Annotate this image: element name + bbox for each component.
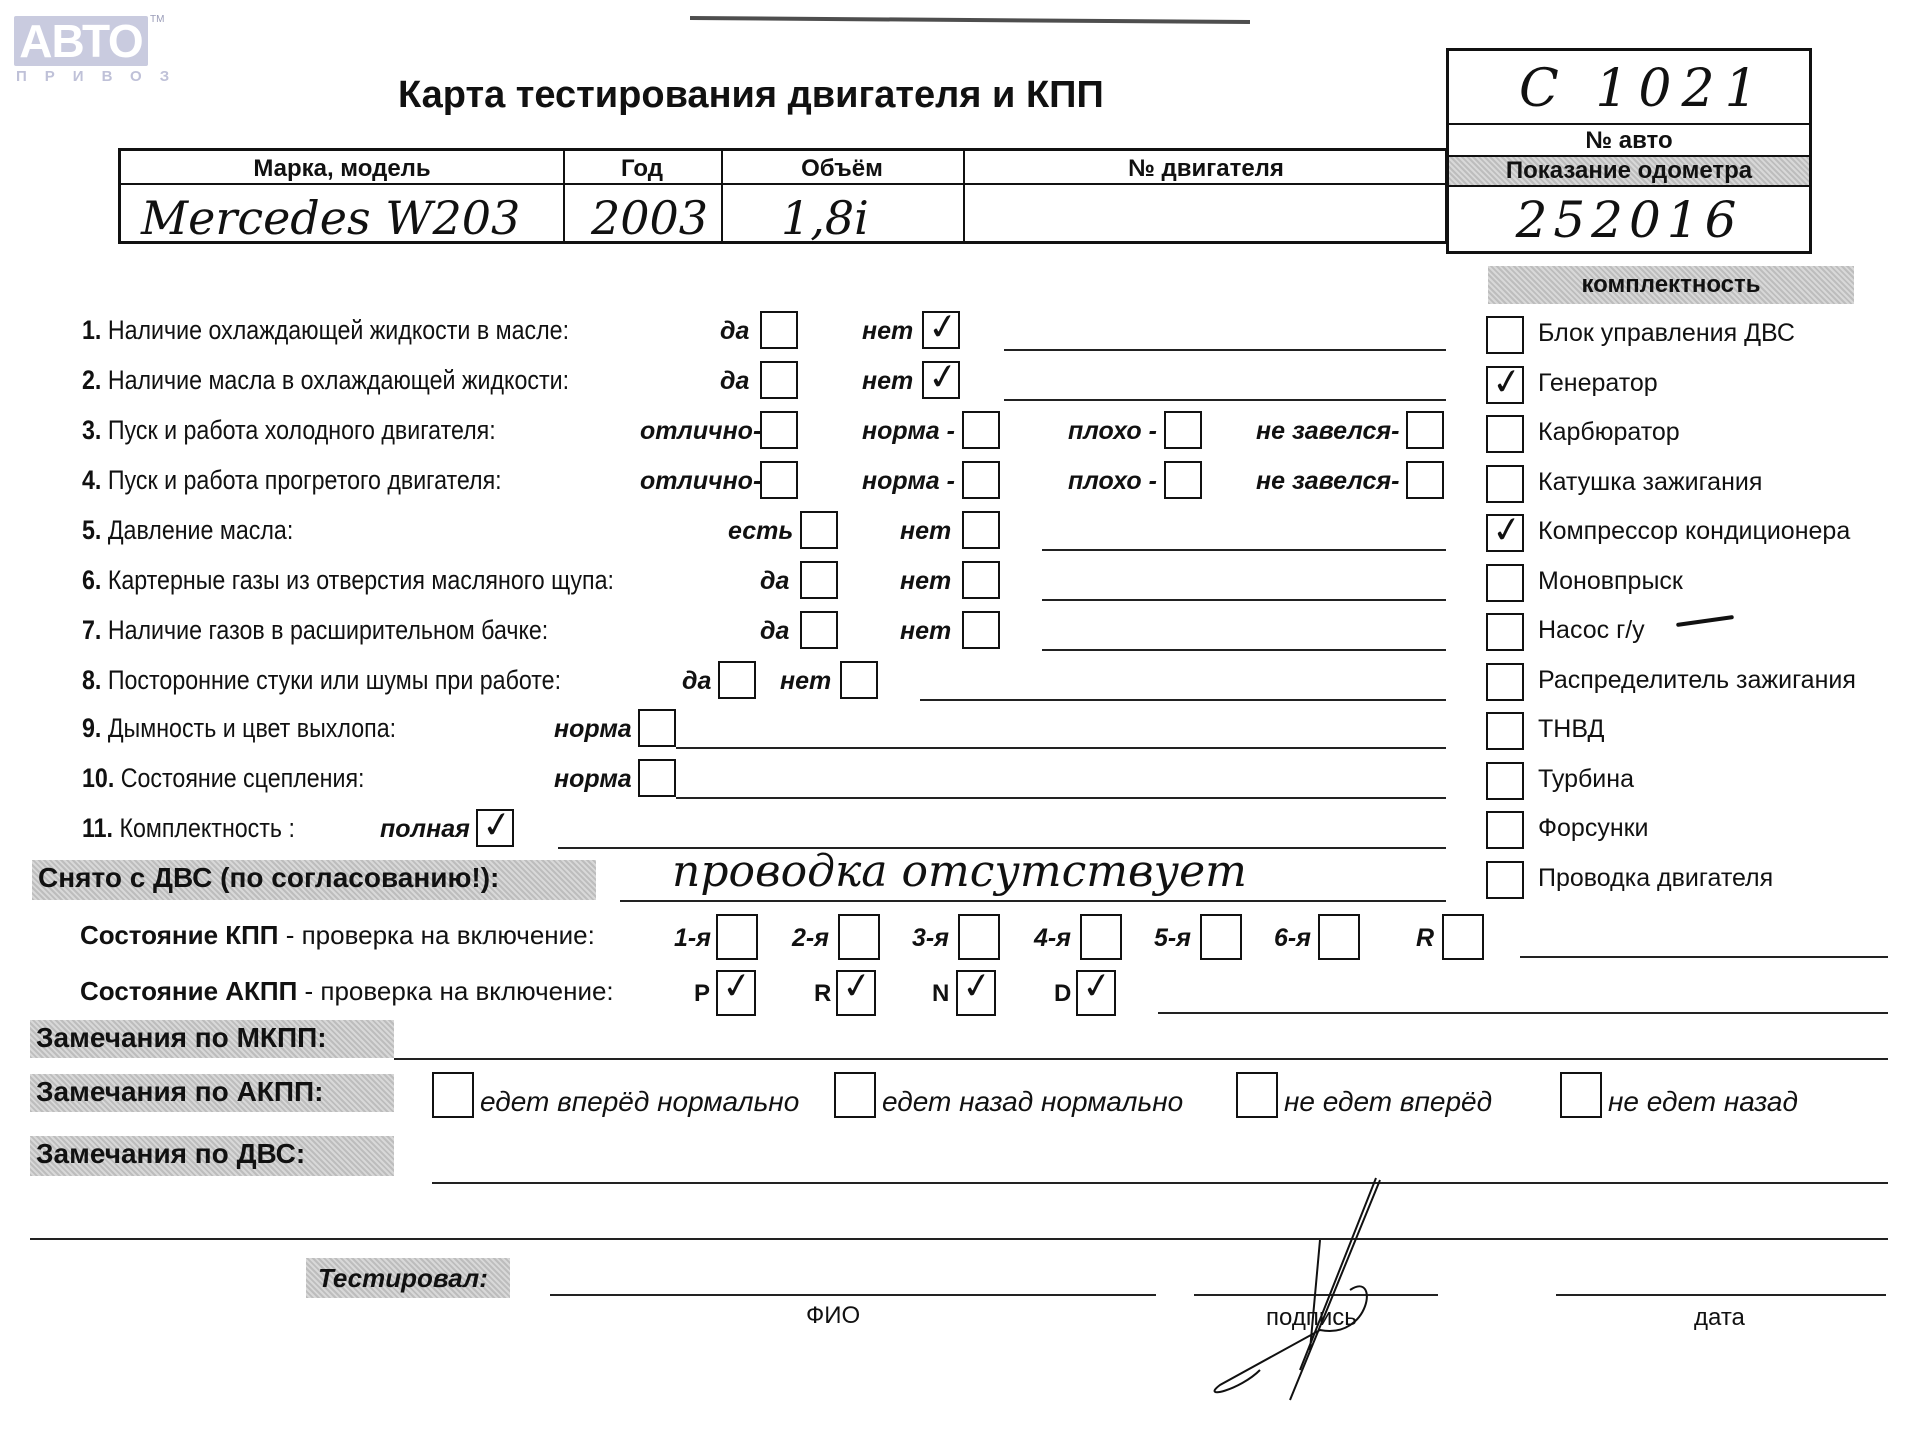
question-number: 6. [82,565,108,595]
akpp-underline [1158,1012,1888,1014]
option-checkbox[interactable] [1406,411,1444,449]
question-number: 10. [82,763,121,793]
col-header-engine-number: № двигателя [963,155,1449,183]
remarks-mkpp-line[interactable] [394,1058,1888,1060]
logo-trademark: TM [150,14,164,25]
kpp-label: Состояние КПП - проверка на включение: [80,920,595,951]
akpp-remark-label: едет назад нормально [882,1086,1183,1118]
completeness-checkbox[interactable] [1486,811,1524,849]
option-label: нет [862,367,913,396]
akpp-gear-label: R [814,980,831,1008]
question-label: Наличие охлаждающей жидкости в масле: [108,315,569,345]
date-caption: дата [1694,1304,1745,1332]
akpp-gear-checkbox[interactable] [1076,970,1116,1016]
kpp-gear-checkbox[interactable] [716,914,758,960]
question-label: Картерные газы из отверстия масляного щу… [108,565,614,595]
completeness-item-label: Компрессор кондиционера [1538,517,1850,546]
removed-underline [620,900,1446,902]
kpp-gear-label: 5-я [1154,924,1191,953]
page-title: Карта тестирования двигателя и КПП [398,74,1104,117]
option-checkbox[interactable] [962,561,1000,599]
option-label: нет [900,567,951,596]
completeness-checkbox[interactable] [1486,415,1524,453]
option-label: нет [900,617,951,646]
odometer-label: Показание одометра [1449,157,1809,185]
option-checkbox[interactable] [962,611,1000,649]
completeness-item-label: Насос г/у [1538,616,1645,645]
kpp-gear-label: 4-я [1034,924,1071,953]
option-label: нет [780,667,831,696]
completeness-checkbox[interactable] [1486,613,1524,651]
car-number-box: C 1021 № авто Показание одометра 252016 [1446,48,1812,254]
question-text: 4. Пуск и работа прогретого двигателя: [82,465,502,496]
option-label: отлично- [640,417,761,446]
kpp-gear-label: 3-я [912,924,949,953]
option-checkbox[interactable] [922,361,960,399]
kpp-gear-checkbox[interactable] [1080,914,1122,960]
akpp-remark-checkbox[interactable] [432,1072,474,1118]
question-number: 3. [82,415,108,445]
scan-artifact-line [690,16,1250,24]
option-label: да [720,317,749,346]
remarks-dvs-line-1[interactable] [432,1182,1888,1184]
option-checkbox[interactable] [760,311,798,349]
question-text: 10. Состояние сцепления: [82,763,364,794]
completeness-item-label: Катушка зажигания [1538,468,1762,497]
completeness-item-label: Распределитель зажигания [1538,666,1856,695]
removed-label: Снято с ДВС (по согласованию!): [32,860,596,900]
option-checkbox[interactable] [1164,461,1202,499]
pen-dash-mark [1676,615,1734,627]
question-text: 6. Картерные газы из отверстия масляного… [82,565,614,596]
answer-line[interactable] [920,699,1446,701]
fio-caption: ФИО [806,1302,860,1330]
question-number: 5. [82,515,108,545]
option-label: да [720,367,749,396]
option-checkbox[interactable] [718,661,756,699]
akpp-remark-checkbox[interactable] [1236,1072,1278,1118]
question-number: 11. [82,813,119,843]
akpp-label: Состояние АКПП - проверка на включение: [80,976,614,1007]
option-label: норма - [862,467,955,496]
question-label: Комплектность : [119,813,294,843]
question-text: 3. Пуск и работа холодного двигателя: [82,415,496,446]
option-label: плохо - [1068,417,1157,446]
option-label: норма - [862,417,955,446]
completeness-item-label: Карбюратор [1538,418,1680,447]
logo-subtitle: ПРИВОЗ [16,68,187,85]
kpp-label-bold: Состояние КПП [80,920,279,950]
question-label: Дымность и цвет выхлопа: [108,713,396,743]
akpp-gear-checkbox[interactable] [716,970,756,1016]
date-line[interactable] [1556,1294,1886,1296]
answer-line[interactable] [1042,549,1446,551]
removed-value[interactable]: проводка отсутствует [672,846,1247,897]
question-text: 2. Наличие масла в охлаждающей жидкости: [82,365,569,396]
completeness-item-label: Моновпрыск [1538,567,1683,596]
option-label: да [760,567,789,596]
question-text: 5. Давление масла: [82,515,293,546]
option-checkbox[interactable] [1406,461,1444,499]
question-text: 1. Наличие охлаждающей жидкости в масле: [82,315,569,346]
option-label: не завелся- [1256,467,1399,496]
kpp-gear-checkbox[interactable] [1318,914,1360,960]
option-label: нет [900,517,951,546]
completeness-checkbox[interactable] [1486,366,1524,404]
akpp-remark-checkbox[interactable] [834,1072,876,1118]
vehicle-info-table: Марка, модель Год Объём № двигателя Merc… [118,148,1448,244]
question-number: 4. [82,465,108,495]
option-label: плохо - [1068,467,1157,496]
completeness-item-label: Генератор [1538,369,1658,398]
car-number-value[interactable]: C 1021 [1519,59,1768,119]
question-label: Пуск и работа прогретого двигателя: [108,465,502,495]
completeness-checkbox[interactable] [1486,663,1524,701]
question-label: Состояние сцепления: [121,763,365,793]
question-text: 7. Наличие газов в расширительном бачке: [82,615,548,646]
kpp-gear-label: 1-я [674,924,711,953]
remarks-akpp-label: Замечания по АКПП: [30,1074,394,1112]
volume-value[interactable]: 1,8i [781,191,869,245]
question-text: 8. Посторонние стуки или шумы при работе… [82,665,561,696]
akpp-gear-checkbox[interactable] [956,970,996,1016]
car-number-label: № авто [1449,127,1809,155]
col-header-volume: Объём [721,155,963,183]
completeness-item-label: ТНВД [1538,715,1604,744]
completeness-checkbox[interactable] [1486,514,1524,552]
option-checkbox[interactable] [476,809,514,847]
option-checkbox[interactable] [840,661,878,699]
answer-line[interactable] [1004,399,1446,401]
kpp-gear-checkbox[interactable] [1442,914,1484,960]
remarks-mkpp-label: Замечания по МКПП: [30,1020,394,1058]
col-header-make-model: Марка, модель [121,155,563,183]
option-checkbox[interactable] [760,361,798,399]
question-label: Наличие масла в охлаждающей жидкости: [108,365,569,395]
answer-line[interactable] [1004,349,1446,351]
completeness-checkbox[interactable] [1486,861,1524,899]
kpp-underline [1520,956,1888,958]
completeness-checkbox[interactable] [1486,316,1524,354]
question-number: 7. [82,615,108,645]
make-model-value[interactable]: Mercedes W203 [141,191,520,245]
logo: АВТО [14,16,148,66]
option-label: нет [862,317,913,346]
completeness-item-label: Форсунки [1538,814,1649,843]
question-label: Наличие газов в расширительном бачке: [108,615,548,645]
kpp-gear-label: 2-я [792,924,829,953]
completeness-item-label: Блок управления ДВС [1538,319,1795,348]
akpp-remark-checkbox[interactable] [1560,1072,1602,1118]
odometer-value[interactable]: 252016 [1449,191,1809,249]
option-checkbox[interactable] [638,759,676,797]
kpp-gear-checkbox[interactable] [958,914,1000,960]
akpp-remark-label: не едет назад [1608,1086,1798,1118]
completeness-item-label: Проводка двигателя [1538,864,1773,893]
answer-line[interactable] [1042,649,1446,651]
option-label: норма [554,715,632,744]
kpp-gear-label: R [1416,924,1434,953]
option-label: да [760,617,789,646]
option-checkbox[interactable] [1164,411,1202,449]
option-checkbox[interactable] [800,561,838,599]
akpp-gear-label: P [694,980,710,1008]
option-checkbox[interactable] [760,411,798,449]
option-checkbox[interactable] [638,709,676,747]
akpp-label-rest: - проверка на включение: [297,976,613,1006]
completeness-checkbox[interactable] [1486,465,1524,503]
answer-line[interactable] [676,797,1446,799]
option-label: отлично- [640,467,761,496]
kpp-gear-checkbox[interactable] [1200,914,1242,960]
question-number: 9. [82,713,108,743]
option-checkbox[interactable] [800,611,838,649]
option-label: да [682,667,711,696]
question-number: 8. [82,665,108,695]
completeness-checkbox[interactable] [1486,762,1524,800]
remarks-dvs-line-2[interactable] [30,1238,1888,1240]
question-label: Давление масла: [108,515,293,545]
option-checkbox[interactable] [922,311,960,349]
completeness-checkbox[interactable] [1486,712,1524,750]
fio-line[interactable] [550,1294,1156,1296]
completeness-title: комплектность [1488,266,1854,304]
option-checkbox[interactable] [800,511,838,549]
akpp-remark-label: едет вперёд нормально [480,1086,799,1118]
col-header-year: Год [563,155,721,183]
question-text: 9. Дымность и цвет выхлопа: [82,713,396,744]
akpp-gear-label: D [1054,980,1071,1008]
answer-line[interactable] [1042,599,1446,601]
answer-line[interactable] [676,747,1446,749]
completeness-item-label: Турбина [1538,765,1634,794]
year-value[interactable]: 2003 [591,191,708,245]
option-label: норма [554,765,632,794]
option-label: не завелся- [1256,417,1399,446]
option-checkbox[interactable] [962,411,1000,449]
akpp-label-bold: Состояние АКПП [80,976,297,1006]
option-label: есть [728,517,793,546]
option-checkbox[interactable] [760,461,798,499]
kpp-gear-label: 6-я [1274,924,1311,953]
option-checkbox[interactable] [962,511,1000,549]
akpp-gear-label: N [932,980,949,1008]
option-label: полная [380,815,470,844]
akpp-gear-checkbox[interactable] [836,970,876,1016]
question-number: 1. [82,315,108,345]
question-number: 2. [82,365,108,395]
option-checkbox[interactable] [962,461,1000,499]
question-text: 11. Комплектность : [82,813,295,844]
akpp-remark-label: не едет вперёд [1284,1086,1492,1118]
question-label: Посторонние стуки или шумы при работе: [108,665,561,695]
kpp-gear-checkbox[interactable] [838,914,880,960]
tested-by-label: Тестировал: [306,1258,510,1298]
signature-scribble [1200,1170,1400,1410]
kpp-label-rest: - проверка на включение: [279,920,595,950]
remarks-dvs-label: Замечания по ДВС: [30,1136,394,1176]
completeness-checkbox[interactable] [1486,564,1524,602]
question-label: Пуск и работа холодного двигателя: [108,415,496,445]
